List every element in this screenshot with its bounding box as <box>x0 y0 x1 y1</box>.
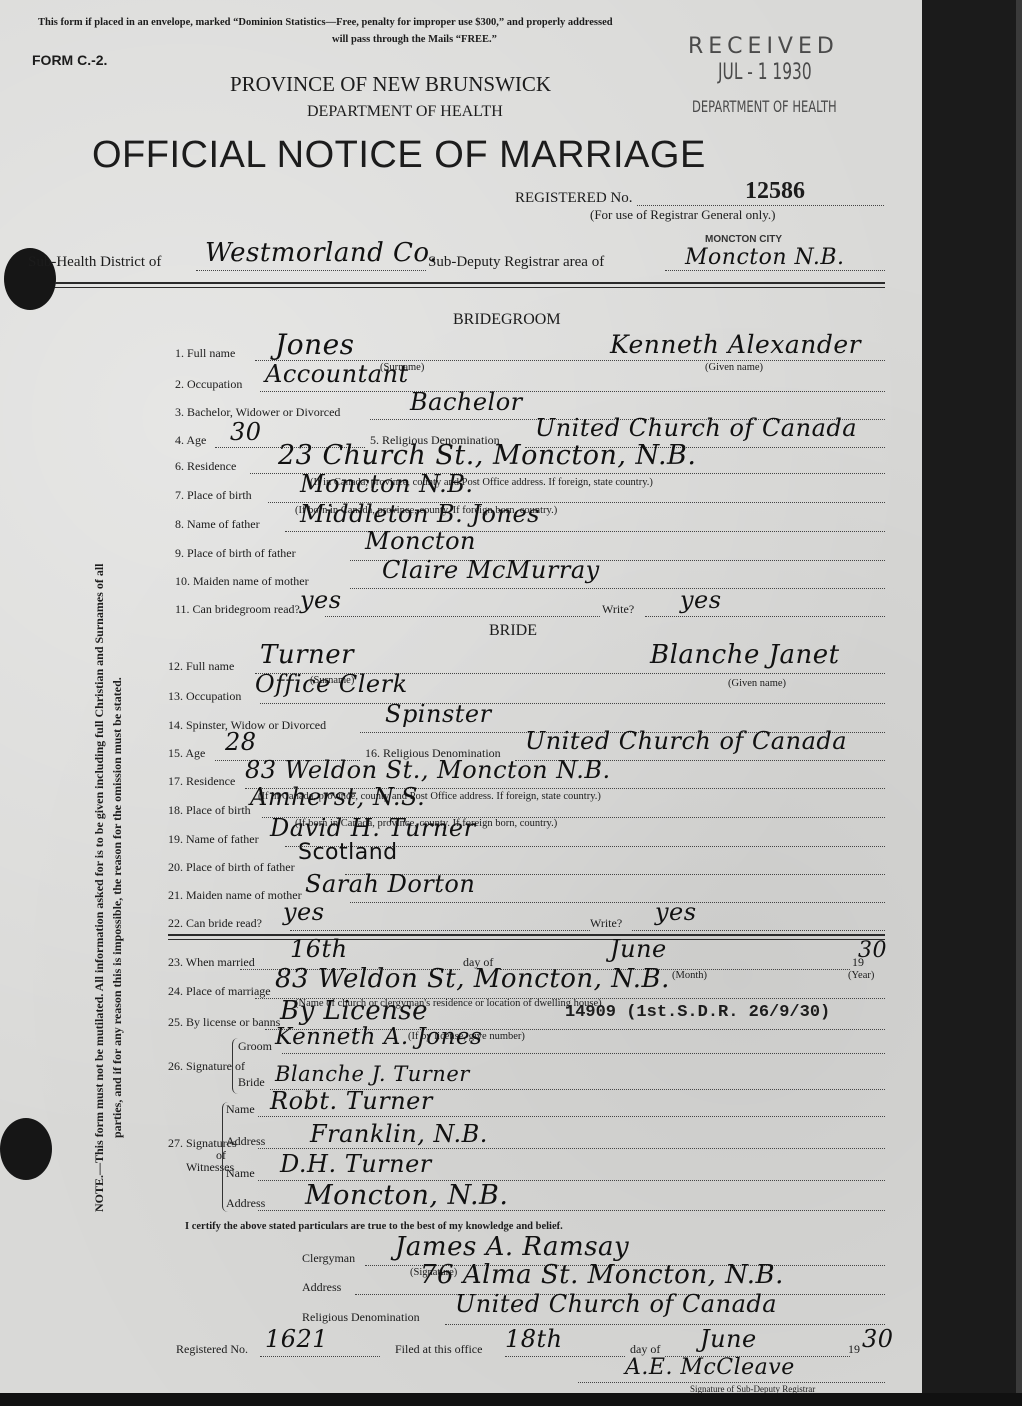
sub-health-district-value: Westmorland Co. <box>205 238 438 268</box>
license-or-banns: By License <box>280 996 428 1026</box>
bride-given-hint: (Given name) <box>728 678 786 689</box>
marriage-day: 16th <box>290 935 348 963</box>
filed-year-prefix: 19 <box>848 1342 860 1357</box>
witness2-address-label: Address <box>226 1196 265 1211</box>
groom-given-hint: (Given name) <box>705 362 763 373</box>
received-stamp: RECEIVED <box>688 34 839 59</box>
bride-signature-label: Bride <box>238 1075 265 1090</box>
bride-heading: BRIDE <box>489 622 537 640</box>
year-hint: (Year) <box>848 970 874 981</box>
groom-can-read-label: 11. Can bridegroom read? <box>175 602 300 617</box>
witness2-name: D.H. Turner <box>280 1150 432 1178</box>
groom-father-birthplace: Moncton <box>365 527 476 555</box>
province-heading: PROVINCE OF NEW BRUNSWICK <box>230 72 551 97</box>
punch-hole-bottom <box>0 1118 52 1180</box>
scan-bottom-margin <box>0 1393 1022 1406</box>
header-divider <box>55 282 885 288</box>
bride-religion: United Church of Canada <box>525 727 847 755</box>
bride-occupation-label: 13. Occupation <box>168 689 241 704</box>
sub-health-district-line <box>196 270 426 271</box>
side-note-line1: NOTE.—This form must not be mutilated. A… <box>92 563 107 1212</box>
month-hint: (Month) <box>672 970 707 981</box>
bride-birthplace-label: 18. Place of birth <box>168 803 251 818</box>
sub-health-district-label: Sub-Health District of <box>28 254 161 271</box>
filed-day-line <box>505 1356 625 1357</box>
registrar-signature-line <box>578 1382 885 1383</box>
bride-mother-maiden-name: Sarah Dorton <box>305 870 475 898</box>
groom-can-write: yes <box>680 586 722 614</box>
scan-dark-margin <box>922 0 1022 1406</box>
witness1-name: Robt. Turner <box>270 1087 433 1115</box>
groom-signature-line <box>282 1053 885 1054</box>
groom-religion: United Church of Canada <box>535 414 857 442</box>
when-married-label: 23. When married <box>168 955 255 970</box>
groom-birthplace: Moncton N.B. <box>300 470 473 498</box>
groom-occupation: Accountant <box>265 360 409 388</box>
filed-month: June <box>700 1325 757 1353</box>
registrar-note: (For use of Registrar General only.) <box>590 207 775 223</box>
bride-can-read-label: 22. Can bride read? <box>168 916 262 931</box>
bride-occupation-line <box>260 703 885 704</box>
groom-residence: 23 Church St., Moncton, N.B. <box>278 440 696 471</box>
moncton-city-stamp: MONCTON CITY <box>705 234 782 245</box>
groom-mother-maiden-name: Claire McMurray <box>382 556 600 584</box>
sub-deputy-registrar-value: Moncton N.B. <box>685 245 845 270</box>
bride-birthplace: Amherst, N.S. <box>250 783 425 811</box>
bride-can-write-label: Write? <box>590 916 622 931</box>
bride-father-name-label: 19. Name of father <box>168 832 259 847</box>
bride-age-label: 15. Age <box>168 746 205 761</box>
sub-deputy-registrar-line <box>665 270 885 271</box>
filed-at-office-label: Filed at this office <box>395 1342 482 1357</box>
bridegroom-heading: BRIDEGROOM <box>453 311 561 329</box>
witness2-name-label: Name <box>226 1166 255 1181</box>
bride-section-divider <box>168 934 885 940</box>
witness1-address: Franklin, N.B. <box>310 1120 488 1148</box>
groom-father-name: Middleton B. Jones <box>300 500 540 528</box>
witness1-name-line <box>258 1116 885 1117</box>
form-code: FORM C.-2. <box>32 52 107 68</box>
groom-can-write-line <box>645 616 885 617</box>
license-or-banns-label: 25. By license or banns <box>168 1015 280 1030</box>
groom-can-read-line <box>325 616 600 617</box>
groom-marital-status: Bachelor <box>410 388 523 416</box>
groom-can-read: yes <box>300 586 342 614</box>
registered-no-label: Registered No. <box>176 1342 248 1357</box>
clergyman-signature: James A. Ramsay <box>395 1232 629 1262</box>
filed-day: 18th <box>505 1325 563 1353</box>
groom-father-name-label: 8. Name of father <box>175 517 260 532</box>
document-title: OFFICIAL NOTICE OF MARRIAGE <box>92 134 706 177</box>
groom-residence-label: 6. Residence <box>175 459 236 474</box>
witness1-name-label: Name <box>226 1102 255 1117</box>
registered-number-label: REGISTERED No. <box>515 190 633 207</box>
license-number: 14909 (1st.S.D.R. 26/9/30) <box>565 1003 830 1022</box>
marriage-notice-form: This form if placed in an envelope, mark… <box>0 0 922 1393</box>
bride-father-birthplace-label: 20. Place of birth of father <box>168 860 295 875</box>
groom-given-name: Kenneth Alexander <box>610 330 861 359</box>
received-department: DEPARTMENT OF HEALTH <box>692 97 837 116</box>
clergyman-address-label: Address <box>302 1280 341 1295</box>
bride-can-write-line <box>632 930 885 931</box>
groom-occupation-line <box>260 391 885 392</box>
bride-residence-label: 17. Residence <box>168 774 235 789</box>
groom-birthplace-label: 7. Place of birth <box>175 488 252 503</box>
filed-year: 30 <box>862 1325 894 1353</box>
bride-surname: Turner <box>260 640 354 670</box>
registered-no-value: 1621 <box>265 1325 328 1353</box>
groom-full-name-label: 1. Full name <box>175 346 235 361</box>
bride-occupation: Office Clerk <box>255 670 408 698</box>
groom-mother-maiden-label: 10. Maiden name of mother <box>175 574 309 589</box>
bride-age: 28 <box>225 728 257 756</box>
clergyman-denomination-label: Religious Denomination <box>302 1310 420 1325</box>
received-date: JUL - 1 1930 <box>718 60 812 85</box>
groom-occupation-label: 2. Occupation <box>175 377 242 392</box>
witness1-address-line <box>258 1148 885 1149</box>
registered-number-value: 12586 <box>745 178 805 205</box>
groom-can-write-label: Write? <box>602 602 634 617</box>
groom-age-label: 4. Age <box>175 433 206 448</box>
groom-mother-maiden-line <box>350 588 885 589</box>
mail-notice-line1: This form if placed in an envelope, mark… <box>38 17 613 28</box>
witness2-address: Moncton, N.B. <box>305 1180 508 1211</box>
sub-deputy-registrar-label: Sub-Deputy Registrar area of <box>428 254 604 271</box>
bride-residence: 83 Weldon St., Moncton N.B. <box>245 756 611 784</box>
clergyman-address: 76 Alma St. Moncton, N.B. <box>420 1260 784 1290</box>
groom-father-birthplace-label: 9. Place of birth of father <box>175 546 296 561</box>
bride-marital-status: Spinster <box>385 700 492 728</box>
department-heading: DEPARTMENT OF HEALTH <box>307 103 503 121</box>
scan-edge-strip <box>1016 0 1022 1406</box>
place-of-marriage-label: 24. Place of marriage <box>168 984 271 999</box>
bride-full-name-label: 12. Full name <box>168 659 234 674</box>
bride-father-name: David H. Turner <box>270 814 476 842</box>
bride-can-read-line <box>290 930 590 931</box>
bride-can-write: yes <box>655 898 697 926</box>
registrar-signature: A.E. McCleave <box>625 1355 795 1380</box>
bride-mother-maiden-line <box>350 902 885 903</box>
marriage-month: June <box>610 935 667 963</box>
groom-surname: Jones <box>275 328 355 361</box>
bride-given-name: Blanche Janet <box>650 640 840 670</box>
marriage-year: 30 <box>858 938 887 963</box>
certification-statement: I certify the above stated particulars a… <box>185 1221 563 1232</box>
bride-can-read: yes <box>283 898 325 926</box>
place-of-marriage: 83 Weldon St, Moncton, N.B. <box>275 964 670 994</box>
groom-age: 30 <box>230 418 262 446</box>
clergyman-denomination: United Church of Canada <box>455 1290 777 1318</box>
clergyman-label: Clergyman <box>302 1251 355 1266</box>
registered-number-line <box>637 205 884 206</box>
mail-notice-line2: will pass through the Mails “FREE.” <box>332 34 497 45</box>
side-note-line2: parties, and if for any reason this is i… <box>110 677 125 1138</box>
groom-signature-label: Groom <box>238 1039 272 1054</box>
groom-signature: Kenneth A. Jones <box>275 1024 482 1050</box>
bride-father-birthplace: Scotland <box>298 840 398 865</box>
witness1-address-label: Address <box>226 1134 265 1149</box>
bride-signature: Blanche J. Turner <box>275 1062 470 1086</box>
registered-no-line <box>260 1356 380 1357</box>
bride-mother-maiden-label: 21. Maiden name of mother <box>168 888 302 903</box>
